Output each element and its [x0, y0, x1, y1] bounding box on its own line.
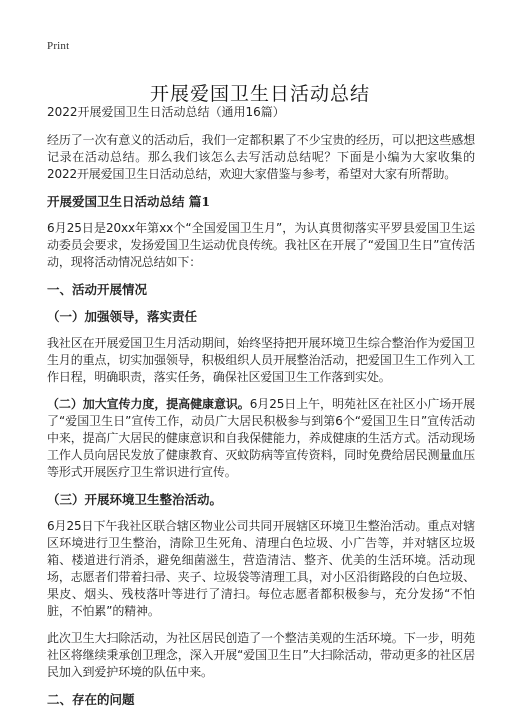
article-intro-paragraph: 6月25日是20xx年第xx个“全国爱国卫生月”，为认真贯彻落实平罗县爱国卫生运…: [47, 220, 475, 271]
section-heading-activities: 一、活动开展情况: [47, 281, 475, 299]
sanitation-paragraph: 6月25日下午我社区联合辖区物业公司共同开展辖区环境卫生整治活动。重点对辖区环境…: [47, 518, 475, 620]
section-heading-problems: 二、存在的问题: [47, 691, 475, 709]
publicity-paragraph: （二）加大宣传力度，提高健康意识。6月25日上午，明苑社区在社区小广场开展了“爱…: [47, 396, 475, 481]
intro-paragraph: 经历了一次有意义的活动后，我们一定都积累了不少宝贵的经历，可以把这些感想记录在活…: [47, 132, 475, 183]
subsection-heading-leadership: （一）加强领导，落实责任: [47, 308, 475, 326]
article-heading: 开展爱国卫生日活动总结 篇1: [47, 193, 475, 211]
conclusion-paragraph: 此次卫生大扫除活动，为社区居民创造了一个整洁美观的生活环境。下一步，明苑社区将继…: [47, 630, 475, 681]
print-label: Print: [47, 40, 69, 52]
document-page: Print 开展爱国卫生日活动总结 2022开展爱国卫生日活动总结（通用16篇）…: [0, 0, 520, 718]
leadership-paragraph: 我社区在开展爱国卫生月活动期间，始终坚持把开展环境卫生综合整治作为爱国卫生月的重…: [47, 335, 475, 386]
subsection-heading-sanitation: （三）开展环境卫生整治活动。: [47, 491, 475, 509]
subsection-heading-publicity: （二）加大宣传力度，提高健康意识。: [47, 397, 250, 411]
document-body: 2022开展爱国卫生日活动总结（通用16篇） 经历了一次有意义的活动后，我们一定…: [47, 104, 475, 718]
document-title: 开展爱国卫生日活动总结: [0, 79, 520, 106]
document-subtitle: 2022开展爱国卫生日活动总结（通用16篇）: [47, 104, 475, 121]
